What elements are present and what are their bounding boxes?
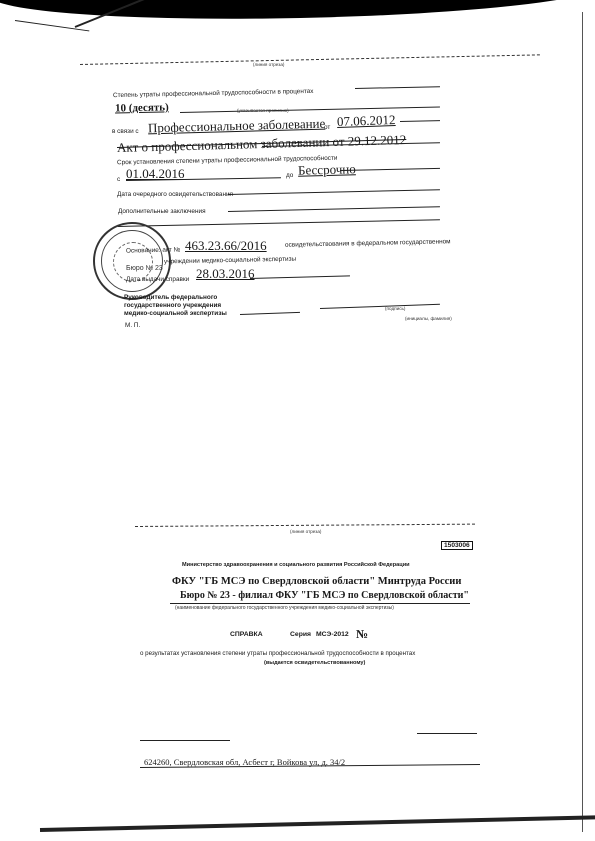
stamp-text: Бюро № 23 [126, 265, 163, 272]
underline [250, 275, 350, 279]
doc-title: СПРАВКА [230, 631, 263, 638]
underline [400, 120, 440, 122]
series-label: Серия [290, 631, 311, 638]
signature-hint: (подпись) [385, 306, 405, 311]
underline [355, 86, 440, 89]
org-hint: (наименование федерального государственн… [175, 605, 394, 611]
underline [180, 107, 440, 113]
cut-line-bottom [135, 524, 475, 527]
underline [170, 603, 470, 604]
head-label-2: государственного учреждения [124, 302, 221, 309]
to-prefix: до [286, 172, 293, 179]
branch-name: Бюро № 23 - филиал ФКУ "ГБ МСЭ по Свердл… [180, 590, 469, 601]
head-label-1: Руководитель федерального [124, 294, 217, 301]
subtitle: о результатах установления степени утрат… [140, 650, 415, 657]
page-edge [582, 12, 583, 832]
cause-value: Профессиональное заболевание [148, 116, 326, 137]
extra-label: Дополнительные заключения [118, 208, 206, 215]
from-label: от [324, 124, 330, 131]
form-number: 1503006 [441, 541, 473, 550]
basis-suffix: освидетельствования в федеральном госуда… [285, 238, 451, 248]
underline [417, 733, 477, 734]
name-hint: (инициалы, фамилия) [405, 316, 452, 321]
series-value: МСЭ-2012 [316, 631, 349, 638]
subtitle-hint: (выдается освидетельствованному) [264, 660, 365, 666]
number-label: № [356, 627, 368, 642]
from-prefix: с [117, 176, 120, 183]
scan-shadow-bottom [40, 815, 595, 832]
in-words-hint: (указывается прописью) [237, 108, 289, 113]
underline [228, 189, 440, 195]
basis-value: 463.23.66/2016 [185, 238, 267, 254]
next-exam-label: Дата очередного освидетельствования [117, 191, 233, 198]
underline [118, 219, 440, 227]
basis-label: Основание: акт № [126, 246, 180, 254]
issue-date-label: Дата выдачи справки [126, 276, 189, 283]
head-label-3: медико-социальной экспертизы [124, 310, 227, 317]
cause-date: 07.06.2012 [337, 112, 396, 130]
official-stamp [93, 222, 171, 300]
cut-line-label: (линия отреза) [290, 529, 321, 534]
underline [140, 740, 230, 741]
cause-label: в связи с [112, 128, 139, 135]
ministry-name: Министерство здравоохранения и социально… [182, 562, 410, 568]
issue-date-value: 28.03.2016 [196, 266, 255, 282]
org-name: ФКУ "ГБ МСЭ по Свердловской области" Мин… [172, 576, 461, 587]
cut-line-label: (линия отреза) [253, 62, 284, 67]
loss-degree-label: Степень утраты профессиональной трудоспо… [113, 88, 314, 99]
mp-label: М. П. [125, 322, 140, 329]
signature-stroke [320, 304, 440, 309]
loss-degree-value: 10 (десять) [115, 101, 169, 114]
underline [228, 206, 440, 212]
cut-line-top [80, 54, 540, 65]
signature-stroke [240, 312, 300, 315]
basis-suffix-2: учреждении медико-социальной экспертизы [164, 256, 296, 266]
